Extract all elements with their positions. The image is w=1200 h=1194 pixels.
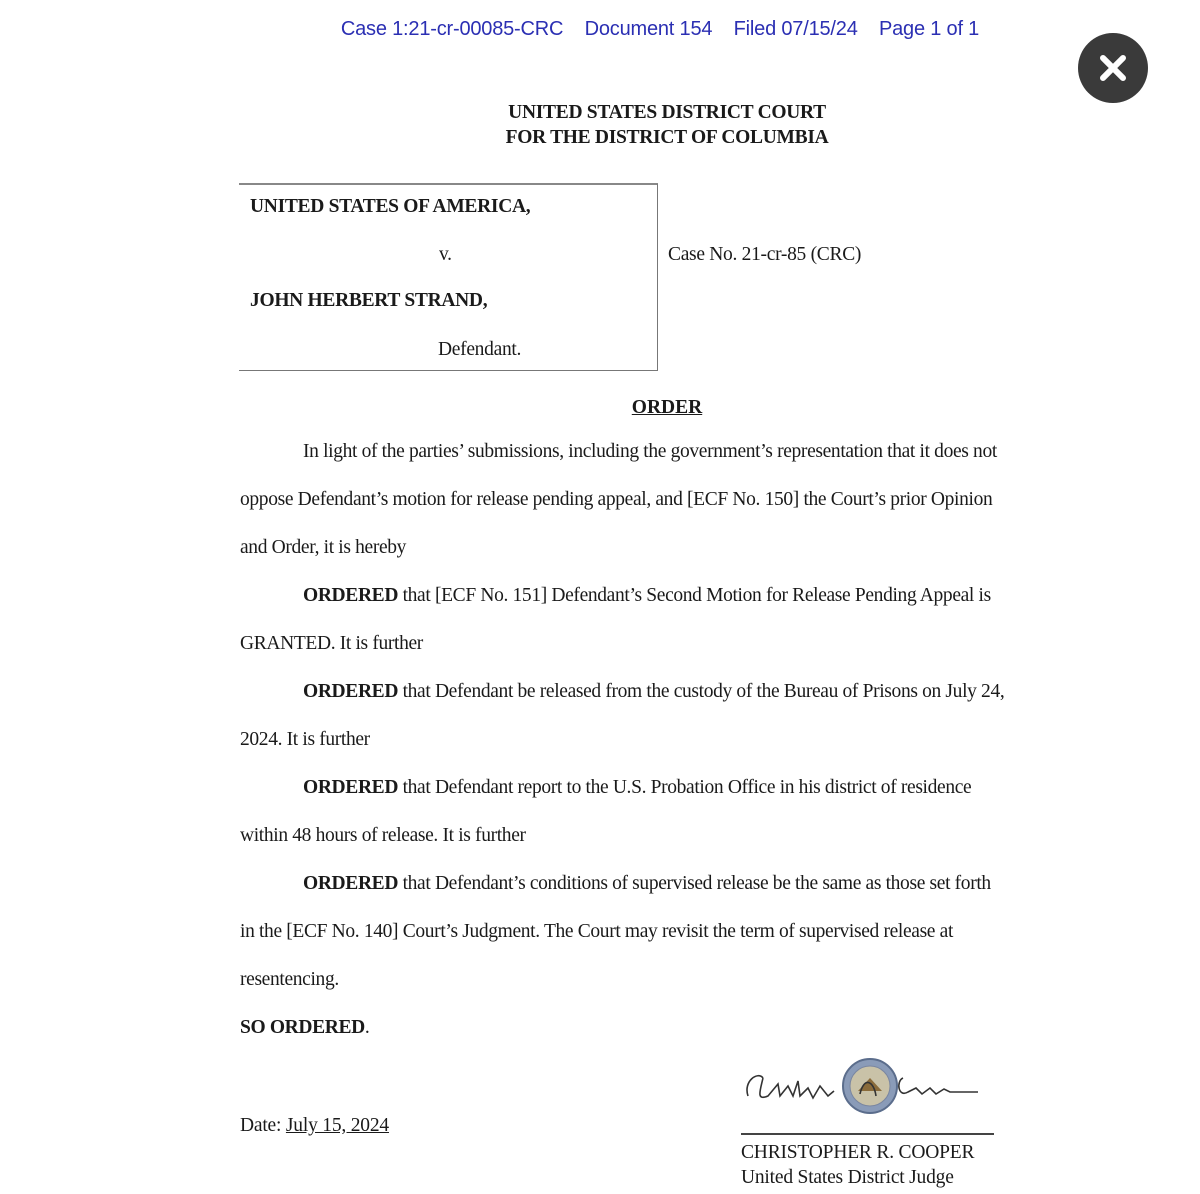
header-case: Case 1:21-cr-00085-CRC — [341, 18, 563, 40]
order-line: 2024. It is further — [240, 729, 370, 751]
order-line: ORDERED that [ECF No. 151] Defendant’s S… — [303, 585, 991, 607]
header-page: Page 1 of 1 — [879, 18, 979, 40]
close-button[interactable] — [1078, 33, 1148, 103]
order-line-text: that Defendant’s conditions of supervise… — [398, 873, 991, 894]
defendant-name: JOHN HERBERT STRAND, — [250, 290, 487, 312]
order-line: SO ORDERED. — [240, 1017, 369, 1039]
court-line-2: FOR THE DISTRICT OF COLUMBIA — [0, 125, 1200, 150]
order-line: in the [ECF No. 140] Court’s Judgment. T… — [240, 921, 953, 943]
order-line: GRANTED. It is further — [240, 633, 423, 655]
ordered-keyword: ORDERED — [303, 777, 398, 798]
order-line: within 48 hours of release. It is furthe… — [240, 825, 526, 847]
order-line-text: resentencing. — [240, 969, 339, 990]
signature-line — [741, 1133, 994, 1135]
order-line: resentencing. — [240, 969, 339, 991]
judge-name: CHRISTOPHER R. COOPER — [741, 1140, 974, 1165]
order-line-text: within 48 hours of release. It is furthe… — [240, 825, 526, 846]
ecf-header: Case 1:21-cr-00085-CRC Document 154 File… — [0, 18, 1200, 41]
order-line-text: in the [ECF No. 140] Court’s Judgment. T… — [240, 921, 953, 942]
order-line-text: that [ECF No. 151] Defendant’s Second Mo… — [398, 585, 991, 606]
order-line-text: . — [365, 1017, 370, 1038]
signature-image — [738, 1056, 988, 1116]
versus: v. — [439, 244, 452, 266]
ordered-keyword: SO ORDERED — [240, 1017, 365, 1038]
order-line-text: that Defendant report to the U.S. Probat… — [398, 777, 971, 798]
date: Date: July 15, 2024 — [240, 1115, 389, 1137]
court-line-1: UNITED STATES DISTRICT COURT — [0, 100, 1200, 125]
ordered-keyword: ORDERED — [303, 873, 398, 894]
order-line-text: and Order, it is hereby — [240, 537, 406, 558]
plaintiff: UNITED STATES OF AMERICA, — [250, 196, 530, 218]
header-filed: Filed 07/15/24 — [734, 18, 858, 40]
defendant-label: Defendant. — [438, 339, 521, 361]
date-value: July 15, 2024 — [286, 1115, 389, 1136]
order-line: oppose Defendant’s motion for release pe… — [240, 489, 992, 511]
order-line: ORDERED that Defendant report to the U.S… — [303, 777, 971, 799]
judge-block: CHRISTOPHER R. COOPER United States Dist… — [741, 1140, 974, 1190]
judge-title: United States District Judge — [741, 1165, 974, 1190]
ordered-keyword: ORDERED — [303, 585, 398, 606]
close-icon — [1098, 53, 1128, 83]
court-heading: UNITED STATES DISTRICT COURT FOR THE DIS… — [0, 100, 1200, 150]
order-line-text: GRANTED. It is further — [240, 633, 423, 654]
order-line-text: 2024. It is further — [240, 729, 370, 750]
order-line-text: In light of the parties’ submissions, in… — [303, 441, 997, 462]
case-number: Case No. 21-cr-85 (CRC) — [668, 244, 861, 266]
ordered-keyword: ORDERED — [303, 681, 398, 702]
order-line: ORDERED that Defendant’s conditions of s… — [303, 873, 991, 895]
order-line: ORDERED that Defendant be released from … — [303, 681, 1004, 703]
order-line-text: oppose Defendant’s motion for release pe… — [240, 489, 992, 510]
order-line: In light of the parties’ submissions, in… — [303, 441, 997, 463]
date-label: Date: — [240, 1115, 281, 1136]
order-line-text: that Defendant be released from the cust… — [398, 681, 1004, 702]
order-line: and Order, it is hereby — [240, 537, 406, 559]
header-document: Document 154 — [585, 18, 713, 40]
order-title: ORDER — [0, 397, 1200, 419]
